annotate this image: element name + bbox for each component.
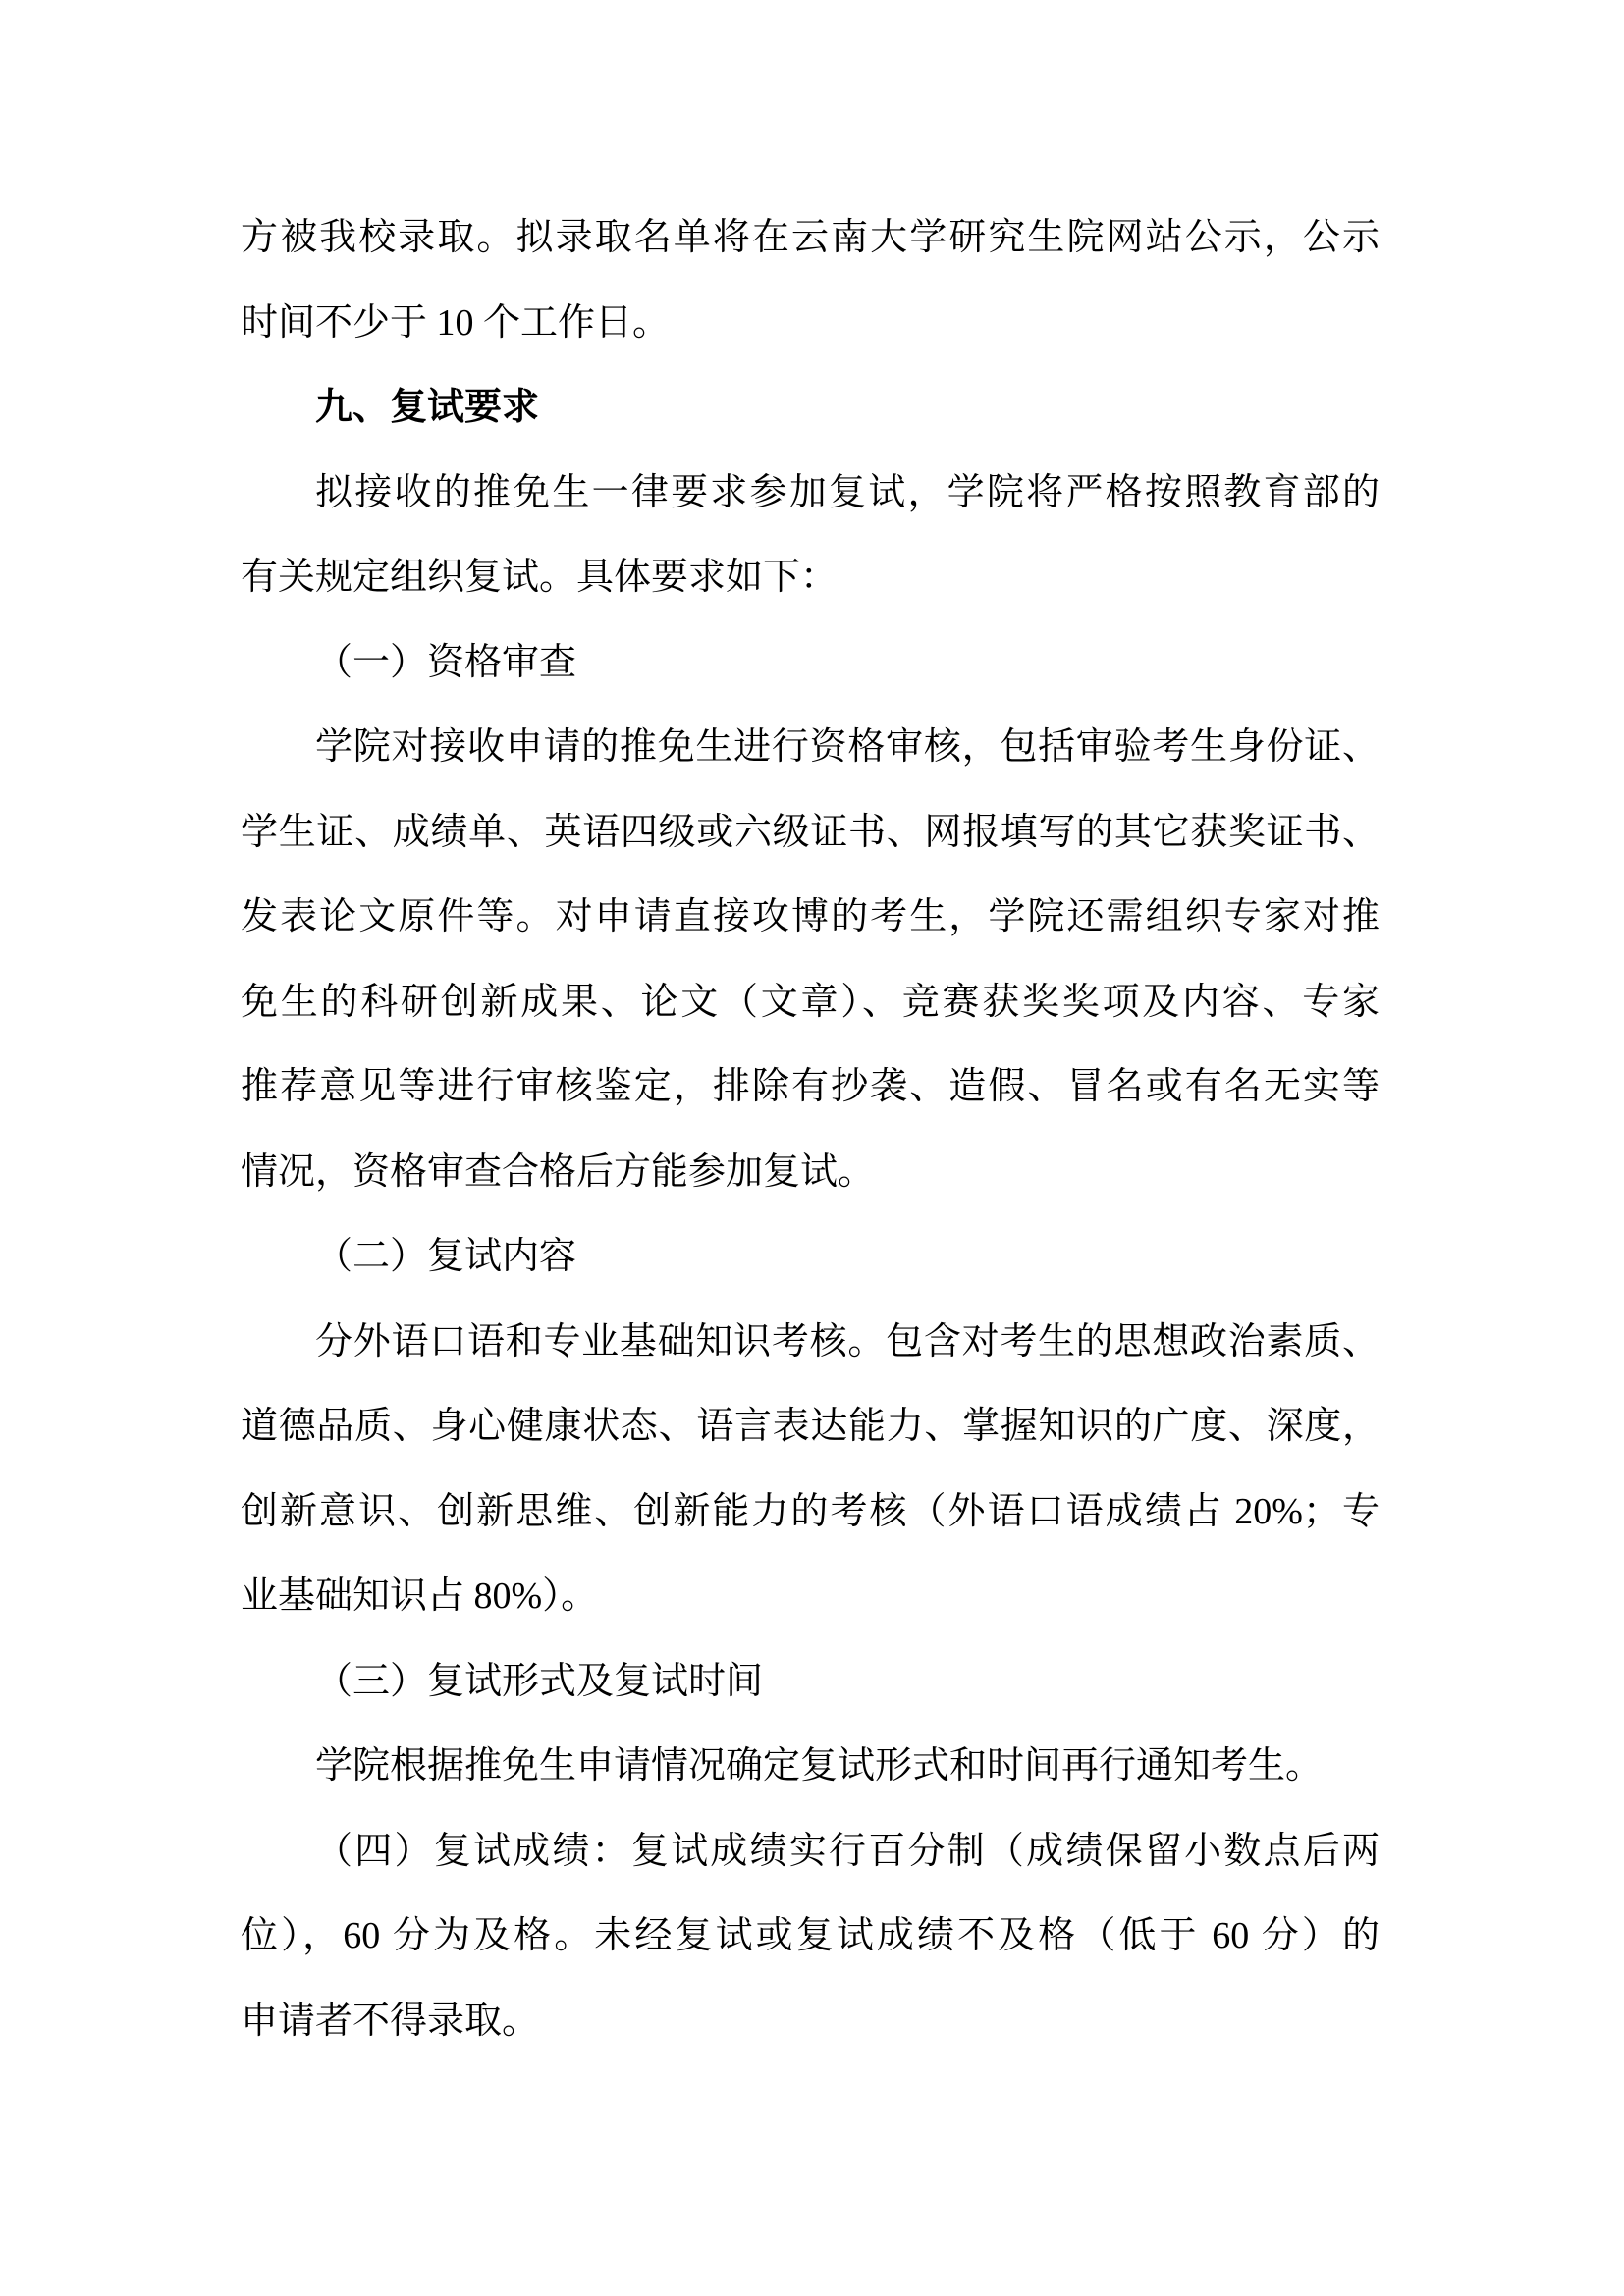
text-line: 学院对接收申请的推免生进行资格审核，包括审验考生身份证、	[241, 705, 1380, 790]
text-line: 申请者不得录取。	[241, 1979, 1380, 2064]
text-line: 免生的科研创新成果、论文（文章）、竞赛获奖奖项及内容、专家	[241, 960, 1380, 1045]
text-line: （一）资格审查	[241, 620, 1380, 706]
text-line: 推荐意见等进行审核鉴定，排除有抄袭、造假、冒名或有名无实等	[241, 1044, 1380, 1130]
text-line: 方被我校录取。拟录取名单将在云南大学研究生院网站公示，公示	[241, 195, 1380, 281]
text-line: （三）复试形式及复试时间	[241, 1639, 1380, 1725]
text-line: 位），60 分为及格。未经复试或复试成绩不及格（低于 60 分）的	[241, 1894, 1380, 1979]
text-line: 时间不少于 10 个工作日。	[241, 281, 1380, 366]
text-line: 业基础知识占 80%）。	[241, 1554, 1380, 1639]
text-line: 分外语口语和专业基础知识考核。包含对考生的思想政治素质、	[241, 1300, 1380, 1385]
text-line: 创新意识、创新思维、创新能力的考核（外语口语成绩占 20%；专	[241, 1469, 1380, 1555]
text-line: 学生证、成绩单、英语四级或六级证书、网报填写的其它获奖证书、	[241, 790, 1380, 876]
text-line: 拟接收的推免生一律要求参加复试，学院将严格按照教育部的	[241, 451, 1380, 536]
text-line: 有关规定组织复试。具体要求如下：	[241, 535, 1380, 620]
document-page: 方被我校录取。拟录取名单将在云南大学研究生院网站公示，公示时间不少于 10 个工…	[0, 0, 1624, 2296]
section-heading: 九、复试要求	[241, 365, 1380, 451]
text-line: 情况，资格审查合格后方能参加复试。	[241, 1130, 1380, 1215]
text-line: （二）复试内容	[241, 1214, 1380, 1300]
text-line: 学院根据推免生申请情况确定复试形式和时间再行通知考生。	[241, 1724, 1380, 1809]
page-content: 方被我校录取。拟录取名单将在云南大学研究生院网站公示，公示时间不少于 10 个工…	[241, 195, 1380, 2063]
text-line: 发表论文原件等。对申请直接攻博的考生，学院还需组织专家对推	[241, 875, 1380, 960]
text-line: 道德品质、身心健康状态、语言表达能力、掌握知识的广度、深度，	[241, 1384, 1380, 1469]
text-line: （四）复试成绩：复试成绩实行百分制（成绩保留小数点后两	[241, 1809, 1380, 1895]
